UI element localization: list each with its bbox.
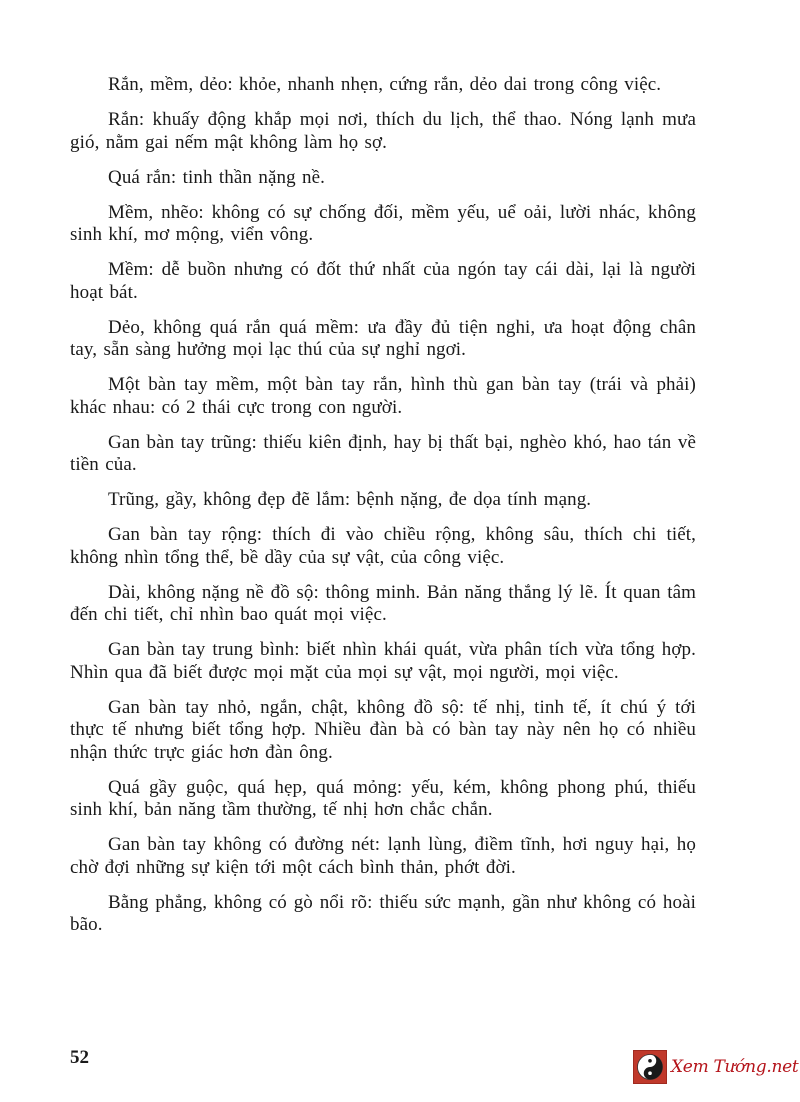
paragraph: Gan bàn tay trung bình: biết nhìn khái q… [70, 639, 696, 684]
paragraph: Gan bàn tay không có đường nét: lạnh lùn… [70, 834, 696, 879]
paragraph: Quá gầy guộc, quá hẹp, quá mỏng: yếu, ké… [70, 777, 696, 822]
paragraph: Rắn, mềm, dẻo: khỏe, nhanh nhẹn, cứng rắ… [70, 74, 696, 97]
paragraph: Dẻo, không quá rắn quá mềm: ưa đầy đủ ti… [70, 317, 696, 362]
page-number: 52 [70, 1047, 89, 1069]
yin-yang-icon [633, 1050, 667, 1084]
page-body: Rắn, mềm, dẻo: khỏe, nhanh nhẹn, cứng rắ… [70, 74, 696, 949]
watermark-text: Xem Tướng.net [671, 1057, 798, 1077]
watermark-logo[interactable]: Xem Tướng.net [633, 1049, 798, 1085]
paragraph: Mềm, nhẽo: không có sự chống đối, mềm yế… [70, 202, 696, 247]
paragraph: Rắn: khuấy động khắp mọi nơi, thích du l… [70, 109, 696, 154]
paragraph: Trũng, gầy, không đẹp đẽ lắm: bệnh nặng,… [70, 489, 696, 512]
paragraph: Bằng phẳng, không có gò nổi rõ: thiếu sứ… [70, 892, 696, 937]
paragraph: Quá rắn: tinh thần nặng nề. [70, 167, 696, 190]
paragraph: Dài, không nặng nề đồ sộ: thông minh. Bả… [70, 582, 696, 627]
paragraph: Gan bàn tay nhỏ, ngắn, chật, không đồ sộ… [70, 697, 696, 765]
paragraph: Mềm: dễ buồn nhưng có đốt thứ nhất của n… [70, 259, 696, 304]
paragraph: Gan bàn tay rộng: thích đi vào chiều rộn… [70, 524, 696, 569]
paragraph: Một bàn tay mềm, một bàn tay rắn, hình t… [70, 374, 696, 419]
paragraph: Gan bàn tay trũng: thiếu kiên định, hay … [70, 432, 696, 477]
